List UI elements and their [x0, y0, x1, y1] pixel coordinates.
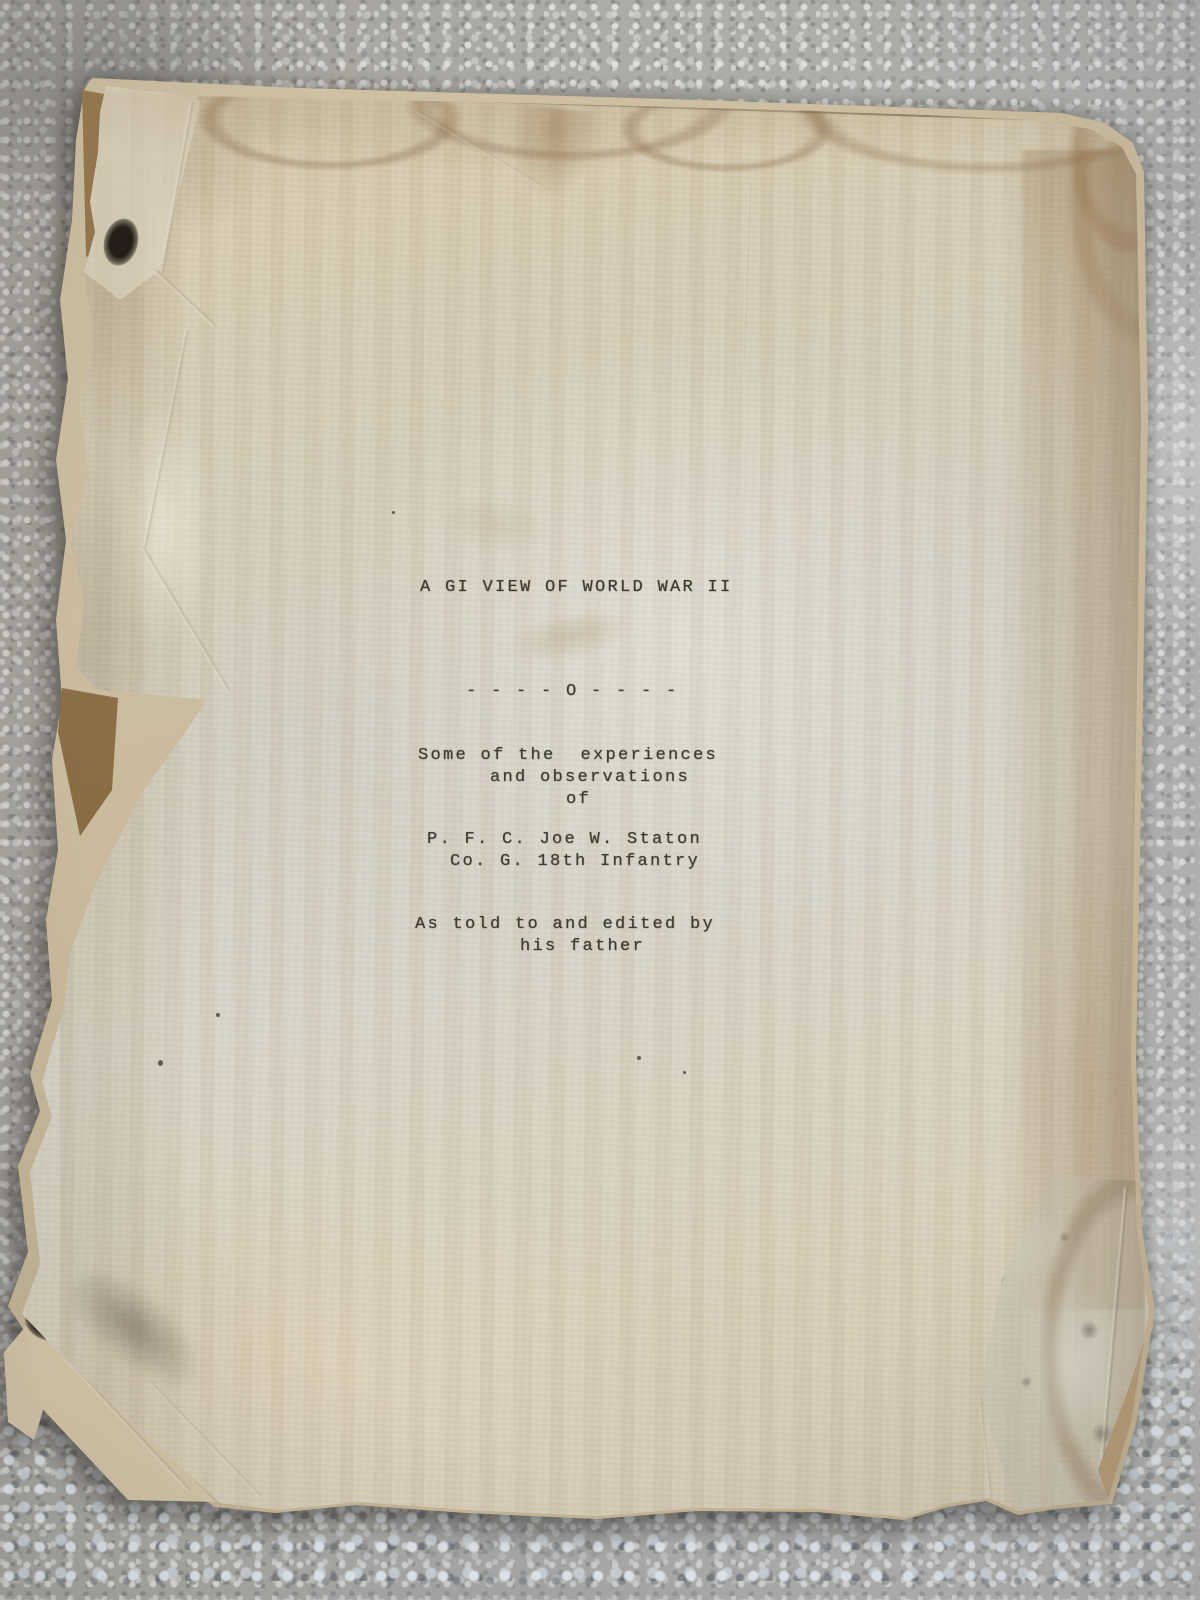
editor-line: his father [520, 936, 645, 957]
subtitle-line: of [566, 789, 591, 810]
photo-of-manuscript: A GI VIEW OF WORLD WAR II - - - - O - - … [0, 0, 1200, 1600]
cover-page-surface: A GI VIEW OF WORLD WAR II - - - - O - - … [0, 0, 1200, 1600]
title-text: A GI VIEW OF WORLD WAR II [420, 577, 733, 598]
subtitle-line: and observations [490, 767, 690, 788]
manuscript-stack: A GI VIEW OF WORLD WAR II - - - - O - - … [0, 0, 1200, 1600]
author-line: Co. G. 18th Infantry [450, 851, 700, 872]
typed-text-block: A GI VIEW OF WORLD WAR II - - - - O - - … [0, 0, 1200, 1600]
divider-text: - - - - O - - - - [466, 681, 679, 702]
author-line: P. F. C. Joe W. Staton [427, 829, 702, 850]
subtitle-line: Some of the experiences [418, 745, 718, 766]
editor-line: As told to and edited by [415, 914, 715, 935]
